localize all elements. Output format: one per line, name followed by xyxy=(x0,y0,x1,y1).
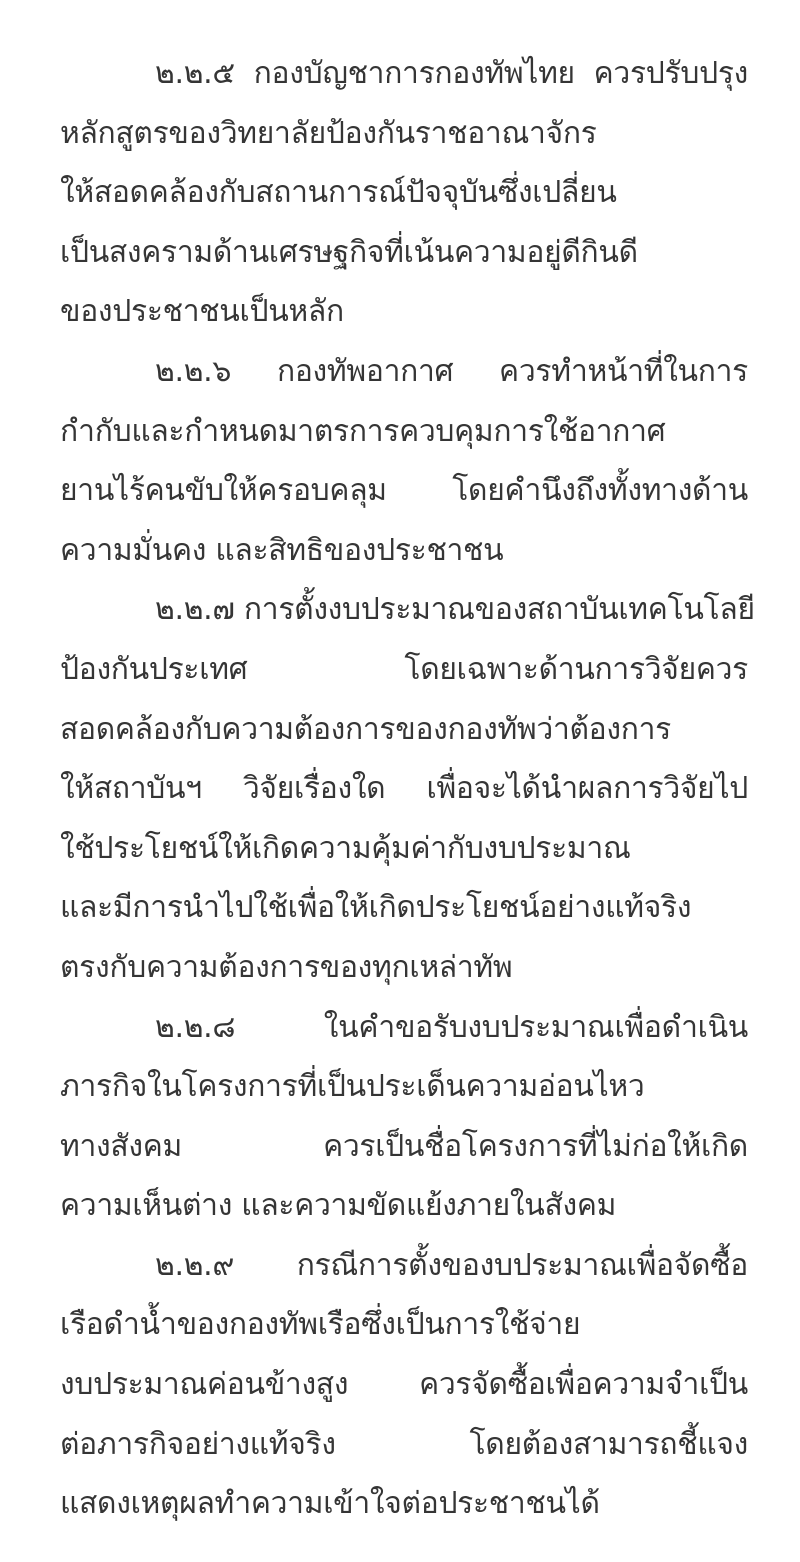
paragraph-line: เรือดำน้ำของกองทัพเรือซึ่งเป็นการใช้จ่าย xyxy=(60,1295,748,1355)
paragraph-line: ๒.๒.๕ กองบัญชาการกองทัพไทย ควรปรับปรุง xyxy=(60,44,748,104)
section-2-2-8: ๒.๒.๘ ในคำขอรับงบประมาณเพื่อดำเนิน ภารกิ… xyxy=(60,998,748,1236)
paragraph-line: ๒.๒.๙ กรณีการตั้งของบประมาณเพื่อจัดซื้อ xyxy=(60,1236,748,1296)
paragraph-line: ทางสังคม ควรเป็นชื่อโครงการที่ไม่ก่อให้เ… xyxy=(60,1117,748,1177)
paragraph-line: ๒.๒.๖ กองทัพอากาศ ควรทำหน้าที่ในการ xyxy=(60,342,748,402)
section-2-2-9: ๒.๒.๙ กรณีการตั้งของบประมาณเพื่อจัดซื้อ … xyxy=(60,1236,748,1534)
paragraph-line: ของประชาชนเป็นหลัก xyxy=(60,282,748,342)
section-2-2-6: ๒.๒.๖ กองทัพอากาศ ควรทำหน้าที่ในการ กำกั… xyxy=(60,342,748,580)
paragraph-line: ต่อภารกิจอย่างแท้จริง โดยต้องสามารถชี้แจ… xyxy=(60,1415,748,1475)
paragraph-line: กำกับและกำหนดมาตรการควบคุมการใช้อากาศ xyxy=(60,402,748,462)
document-page: ๒.๒.๕ กองบัญชาการกองทัพไทย ควรปรับปรุง ห… xyxy=(60,44,748,1534)
paragraph-line: ให้สอดคล้องกับสถานการณ์ปัจจุบันซึ่งเปลี่… xyxy=(60,163,748,223)
paragraph-line: ๒.๒.๗ การตั้งงบประมาณของสถาบันเทคโนโลยี xyxy=(60,580,748,640)
paragraph-line: ตรงกับความต้องการของทุกเหล่าทัพ xyxy=(60,938,748,998)
paragraph-line: ป้องกันประเทศ โดยเฉพาะด้านการวิจัยควร xyxy=(60,640,748,700)
paragraph-line: ภารกิจในโครงการที่เป็นประเด็นความอ่อนไหว xyxy=(60,1057,748,1117)
paragraph-line: ยานไร้คนขับให้ครอบคลุม โดยคำนึงถึงทั้งทา… xyxy=(60,461,748,521)
paragraph-line: แสดงเหตุผลทำความเข้าใจต่อประชาชนได้ xyxy=(60,1474,748,1534)
paragraph-line: ๒.๒.๘ ในคำขอรับงบประมาณเพื่อดำเนิน xyxy=(60,998,748,1058)
paragraph-line: ความเห็นต่าง และความขัดแย้งภายในสังคม xyxy=(60,1176,748,1236)
section-2-2-5: ๒.๒.๕ กองบัญชาการกองทัพไทย ควรปรับปรุง ห… xyxy=(60,44,748,342)
paragraph-line: ความมั่นคง และสิทธิของประชาชน xyxy=(60,521,748,581)
paragraph-line: และมีการนำไปใช้เพื่อให้เกิดประโยชน์อย่าง… xyxy=(60,878,748,938)
paragraph-line: ใช้ประโยชน์ให้เกิดความคุ้มค่ากับงบประมาณ xyxy=(60,819,748,879)
paragraph-line: หลักสูตรของวิทยาลัยป้องกันราชอาณาจักร xyxy=(60,104,748,164)
paragraph-line: ให้สถาบันฯ วิจัยเรื่องใด เพื่อจะได้นำผลก… xyxy=(60,759,748,819)
paragraph-line: สอดคล้องกับความต้องการของกองทัพว่าต้องกา… xyxy=(60,700,748,760)
paragraph-line: เป็นสงครามด้านเศรษฐกิจที่เน้นความอยู่ดีก… xyxy=(60,223,748,283)
paragraph-line: งบประมาณค่อนข้างสูง ควรจัดซื้อเพื่อความจ… xyxy=(60,1355,748,1415)
section-2-2-7: ๒.๒.๗ การตั้งงบประมาณของสถาบันเทคโนโลยี … xyxy=(60,580,748,997)
